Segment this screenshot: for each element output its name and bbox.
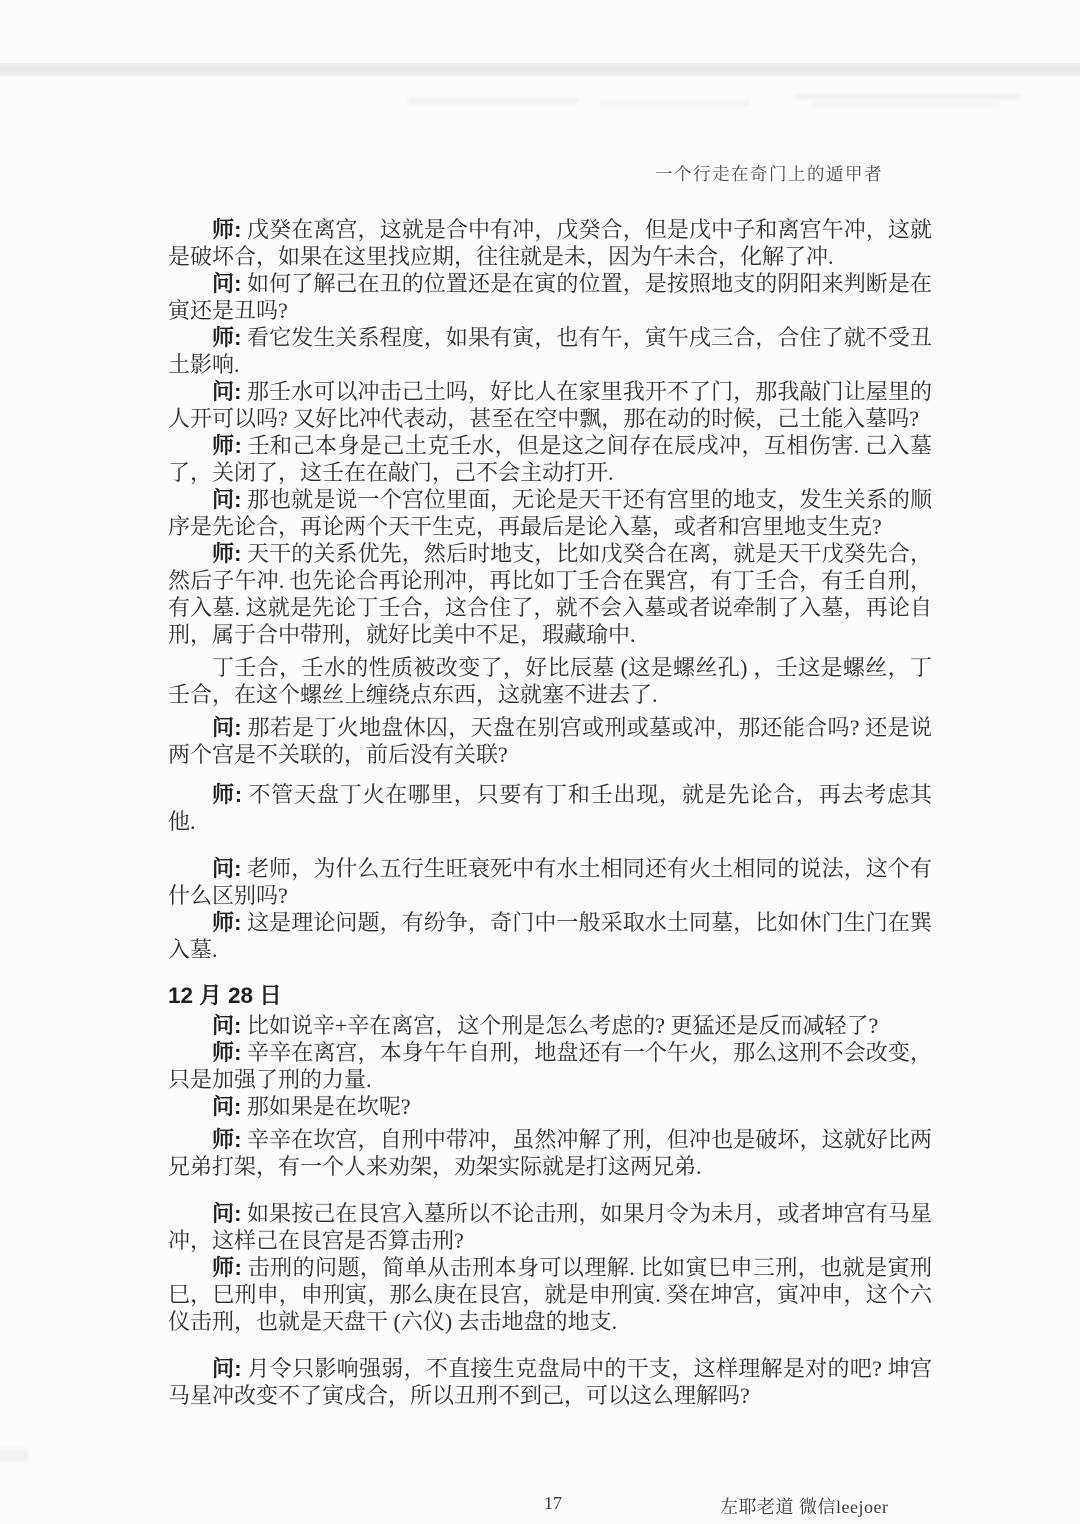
dialog-paragraph: 问: 那如果是在坎呢?	[168, 1093, 932, 1120]
dialog-paragraph: 问: 如果按己在艮宫入墓所以不论击刑，如果月令为未月，或者坤宫有马星冲，这样己在…	[168, 1200, 932, 1254]
speaker-label: 师:	[212, 1255, 242, 1280]
speaker-label: 师:	[212, 910, 241, 935]
dialog-paragraph: 问: 那若是丁火地盘休囚，天盘在别宫或刑或墓或冲，那还能合吗? 还是说两个宫是不…	[168, 714, 932, 768]
scan-ghost-smudge	[0, 1448, 28, 1462]
speaker-label: 问:	[212, 1094, 241, 1119]
dialog-content: 师: 戊癸在离宫，这就是合中有冲，戊癸合，但是戊中子和离宫午冲，这就是破坏合，如…	[168, 216, 932, 1409]
scanned-document-page: 一个行走在奇门上的遁甲者 师: 戊癸在离宫，这就是合中有冲，戊癸合，但是戊中子和…	[0, 0, 1080, 1524]
dialog-paragraph: 丁壬合，壬水的性质被改变了，好比辰墓 (这是螺丝孔) ，壬这是螺丝，丁壬合，在这…	[168, 654, 932, 708]
dialog-paragraph: 问: 那壬水可以冲击己土吗，好比人在家里我开不了门，那我敲门让屋里的人开可以吗?…	[168, 378, 932, 432]
scan-ghost-smudge	[600, 101, 750, 105]
dialog-paragraph: 问: 如何了解己在丑的位置还是在寅的位置，是按照地支的阴阳来判断是在寅还是丑吗?	[168, 270, 932, 324]
footer-credit: 左耶老道 微信leejoer	[720, 1493, 888, 1519]
scan-ghost-smudge	[810, 103, 1000, 106]
dialog-section-after-date: 问: 比如说辛+辛在离宫，这个刑是怎么考虑的? 更猛还是反而减轻了?师: 辛辛在…	[168, 1012, 932, 1409]
dialog-paragraph: 师: 不管天盘丁火在哪里，只要有丁和壬出现，就是先论合，再去考虑其他.	[168, 781, 932, 835]
dialog-paragraph: 问: 月令只影响强弱，不直接生克盘局中的干支，这样理解是对的吧? 坤宫马星冲改变…	[168, 1355, 932, 1409]
dialog-paragraph: 师: 击刑的问题，简单从击刑本身可以理解. 比如寅巳申三刑，也就是寅刑巳，巳刑申…	[168, 1254, 932, 1335]
page-header-note: 一个行走在奇门上的遁甲者	[655, 161, 883, 186]
speaker-label: 师:	[212, 1040, 241, 1065]
date-heading: 12 月 28 日	[168, 982, 932, 1009]
speaker-label: 师:	[212, 1127, 241, 1152]
speaker-label: 问:	[212, 715, 242, 740]
speaker-label: 师:	[212, 782, 242, 807]
speaker-label: 师:	[212, 325, 241, 350]
dialog-paragraph: 问: 老师，为什么五行生旺衰死中有水土相同还有火土相同的说法，这个有什么区别吗?	[168, 855, 932, 909]
scan-shadow-band	[0, 63, 1080, 76]
dialog-paragraph: 师: 天干的关系优先，然后时地支，比如戊癸合在离，就是天干戊癸先合，然后子午冲.…	[168, 540, 932, 648]
scan-ghost-smudge	[408, 98, 578, 103]
speaker-label: 问:	[212, 1013, 241, 1038]
dialog-paragraph: 师: 辛辛在离宫，本身午午自刑，地盘还有一个午火，那么这刑不会改变，只是加强了刑…	[168, 1039, 932, 1093]
page-number: 17	[544, 1493, 562, 1514]
dialog-paragraph: 师: 辛辛在坎宫，自刑中带冲，虽然冲解了刑，但冲也是破坏，这就好比两兄弟打架，有…	[168, 1126, 932, 1180]
speaker-label: 问:	[212, 856, 241, 881]
dialog-section-before-date: 师: 戊癸在离宫，这就是合中有冲，戊癸合，但是戊中子和离宫午冲，这就是破坏合，如…	[168, 216, 932, 963]
dialog-paragraph: 师: 看它发生关系程度，如果有寅，也有午，寅午戌三合，合住了就不受丑土影响.	[168, 324, 932, 378]
dialog-paragraph: 师: 戊癸在离宫，这就是合中有冲，戊癸合，但是戊中子和离宫午冲，这就是破坏合，如…	[168, 216, 932, 270]
speaker-label: 师:	[212, 433, 242, 458]
speaker-label: 问:	[212, 1201, 241, 1226]
dialog-paragraph: 问: 比如说辛+辛在离宫，这个刑是怎么考虑的? 更猛还是反而减轻了?	[168, 1012, 932, 1039]
scan-ghost-smudge	[795, 95, 1020, 99]
speaker-label: 师:	[212, 541, 241, 566]
dialog-paragraph: 师: 这是理论问题，有纷争，奇门中一般采取水土同墓，比如休门生门在巽入墓.	[168, 909, 932, 963]
dialog-paragraph: 师: 壬和己本身是己土克壬水，但是这之间存在辰戌冲，互相伤害. 己入墓了，关闭了…	[168, 432, 932, 486]
speaker-label: 问:	[212, 271, 241, 296]
speaker-label: 问:	[212, 379, 241, 404]
dialog-paragraph: 问: 那也就是说一个宫位里面，无论是天干还有宫里的地支，发生关系的顺序是先论合，…	[168, 486, 932, 540]
speaker-label: 问:	[212, 1356, 242, 1381]
speaker-label: 问:	[212, 487, 241, 512]
speaker-label: 师:	[212, 217, 241, 242]
